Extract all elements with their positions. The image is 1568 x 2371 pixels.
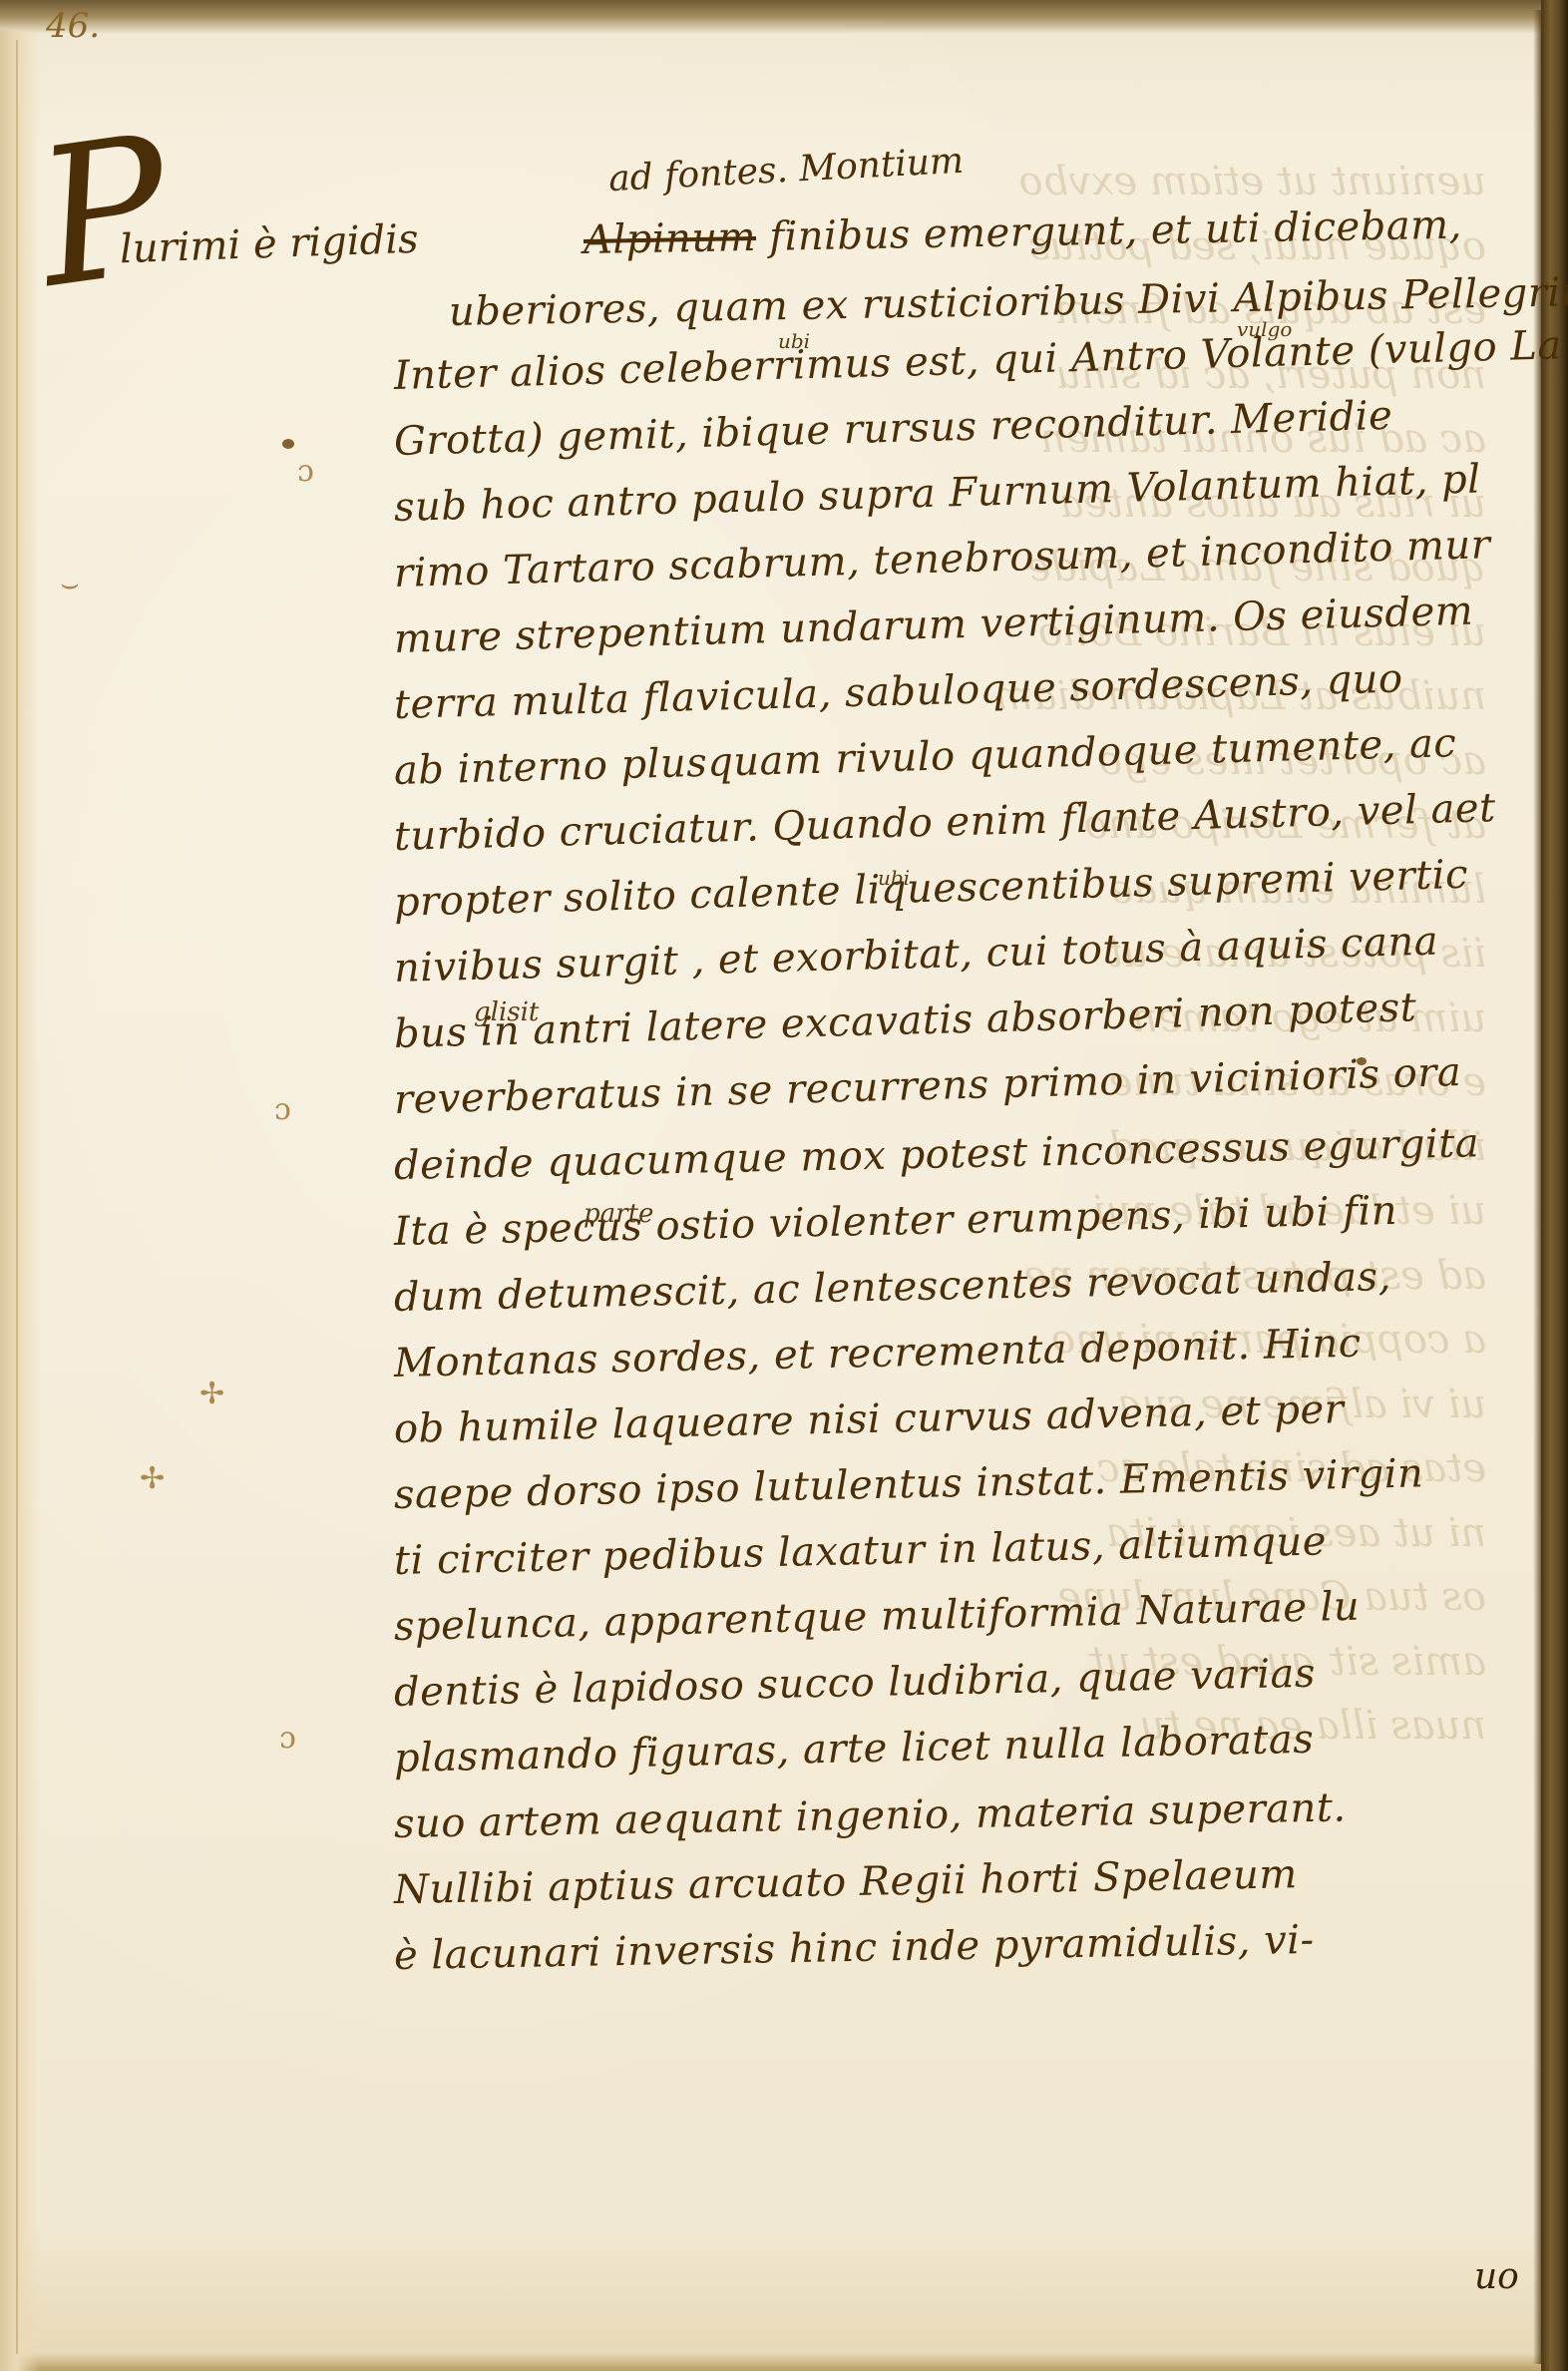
interlinear-insertion: parte (584, 1199, 653, 1229)
margin-ink-mark: ɔ (297, 454, 314, 489)
inner-gutter (0, 30, 40, 2371)
struck-word: Alpinum (584, 214, 757, 263)
margin-ink-mark: ɔ (274, 1092, 291, 1127)
fold-line (16, 40, 18, 2354)
interlinear-insertion: ubi (778, 329, 810, 353)
margin-ink-mark: ⌣ (60, 567, 80, 601)
page-bottom-edge (0, 2353, 1541, 2371)
page-number: 46. (46, 6, 100, 46)
decorated-initial: P (27, 110, 180, 315)
margin-ink-mark: ✢ (199, 1377, 224, 1411)
ink-blot (282, 439, 294, 449)
catchword: uo (1474, 2256, 1519, 2297)
interlinear-insertion: glisit (474, 997, 539, 1027)
margin-ink-mark: ɔ (279, 1721, 296, 1756)
page-top-edge (0, 0, 1541, 34)
interlinear-insertion: vulgo (1237, 317, 1292, 341)
interlinear-insertion: ubi (878, 866, 910, 890)
margin-ink-mark: ✢ (140, 1461, 165, 1496)
